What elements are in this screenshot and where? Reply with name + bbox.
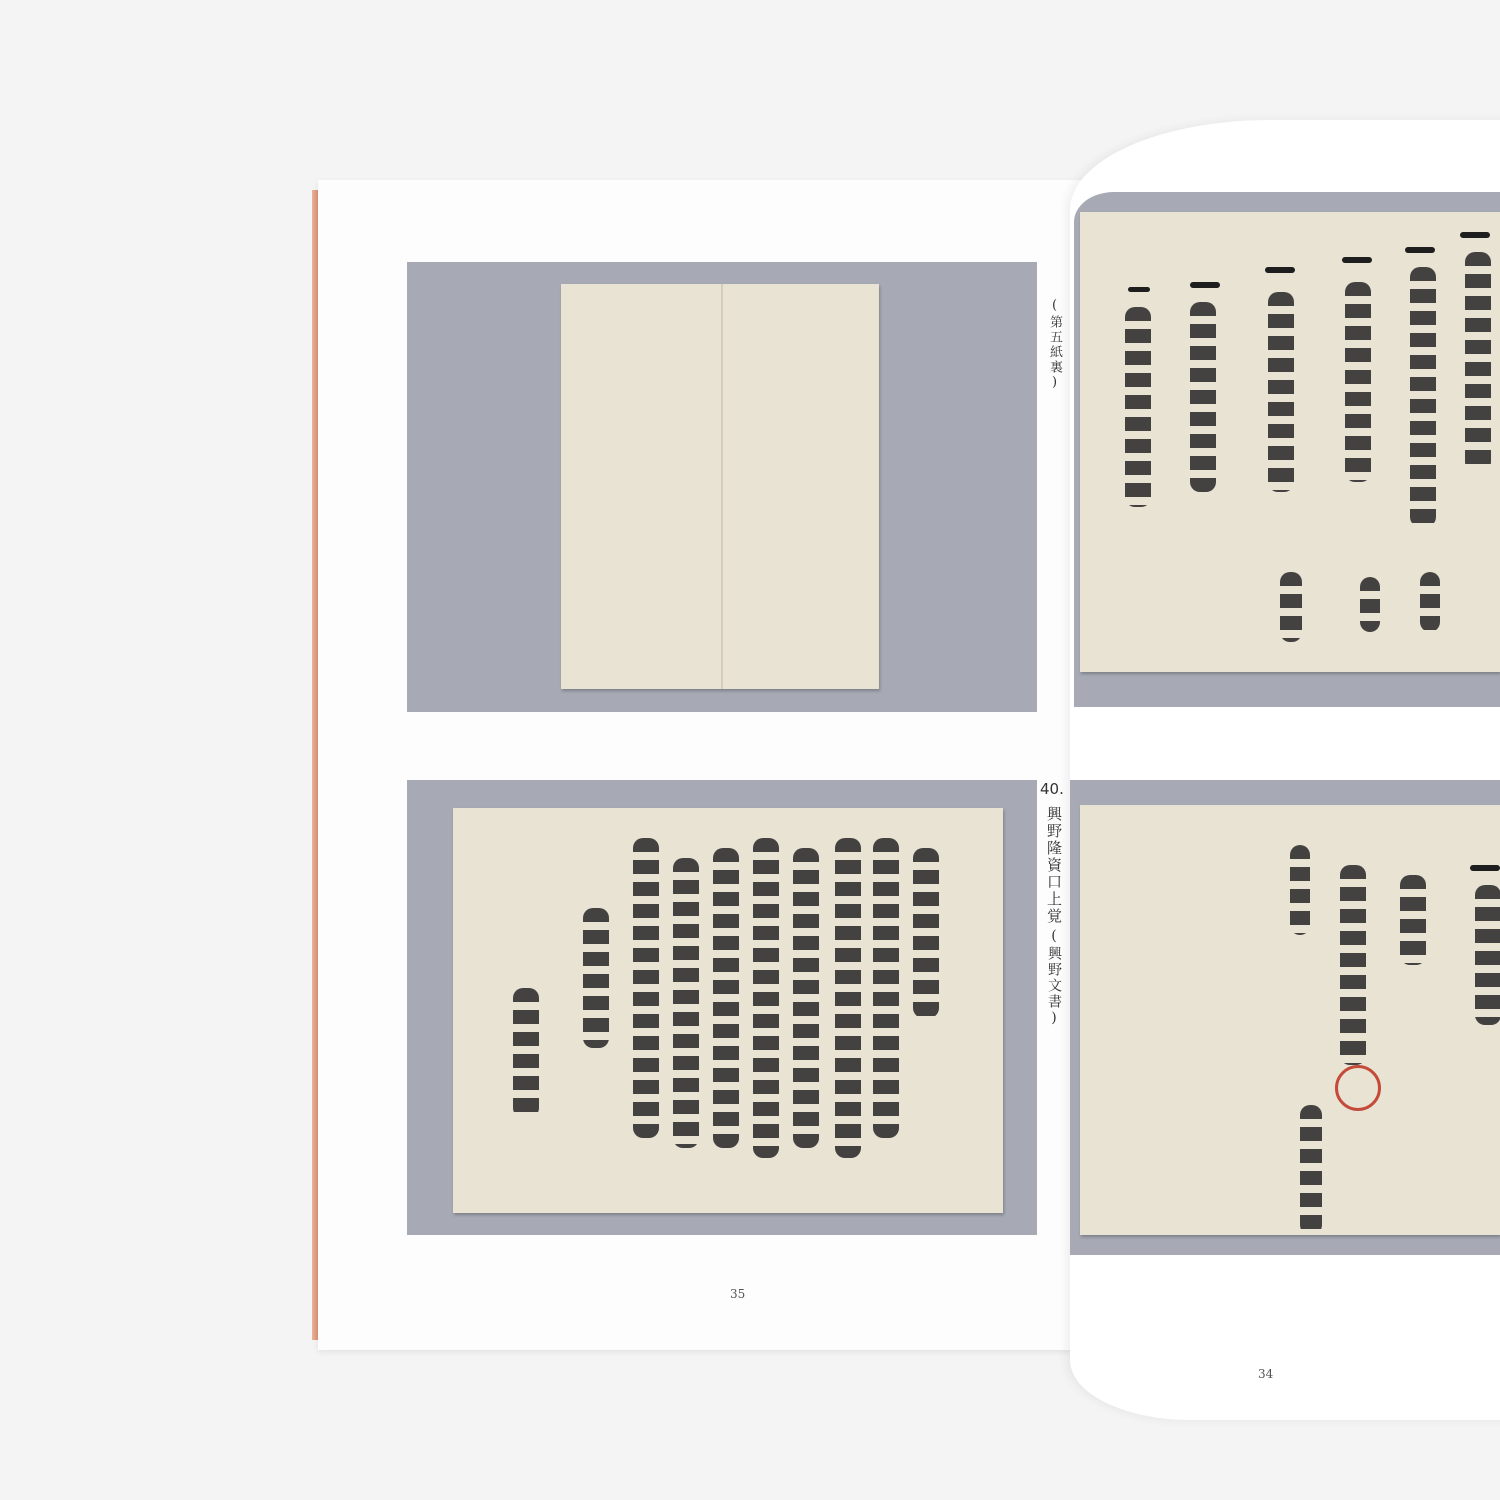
- ink-column: [583, 908, 609, 1048]
- register-paper-bottom: [1080, 805, 1500, 1235]
- fold-line: [721, 284, 723, 689]
- ink-column: [633, 838, 659, 1138]
- document-back-paper: [561, 284, 879, 689]
- plate-letter: [407, 780, 1037, 1235]
- ink-column: [673, 858, 699, 1148]
- ink-column: [513, 988, 539, 1118]
- ink-column: [873, 838, 899, 1138]
- caption-sheet-label: (第五紙裏): [1045, 298, 1064, 392]
- page-number-left: 35: [730, 1287, 745, 1301]
- plate-register-bottom: [1070, 780, 1500, 1255]
- ink-column: [753, 838, 779, 1158]
- ink-column: [793, 848, 819, 1148]
- plate-register-top: [1074, 192, 1500, 707]
- ink-column: [835, 838, 861, 1158]
- register-paper-top: [1080, 212, 1500, 672]
- plate-document-back: [407, 262, 1037, 712]
- red-seal: [1335, 1065, 1381, 1111]
- page-number-right: 34: [1258, 1367, 1273, 1381]
- caption-item-number: 40.: [1040, 780, 1064, 798]
- ink-column: [713, 848, 739, 1148]
- caption-title: 興野隆資口上覚: [1044, 806, 1065, 925]
- letter-paper: [453, 808, 1003, 1213]
- ink-column: [913, 848, 939, 1018]
- caption-source: (興野文書): [1044, 928, 1064, 1028]
